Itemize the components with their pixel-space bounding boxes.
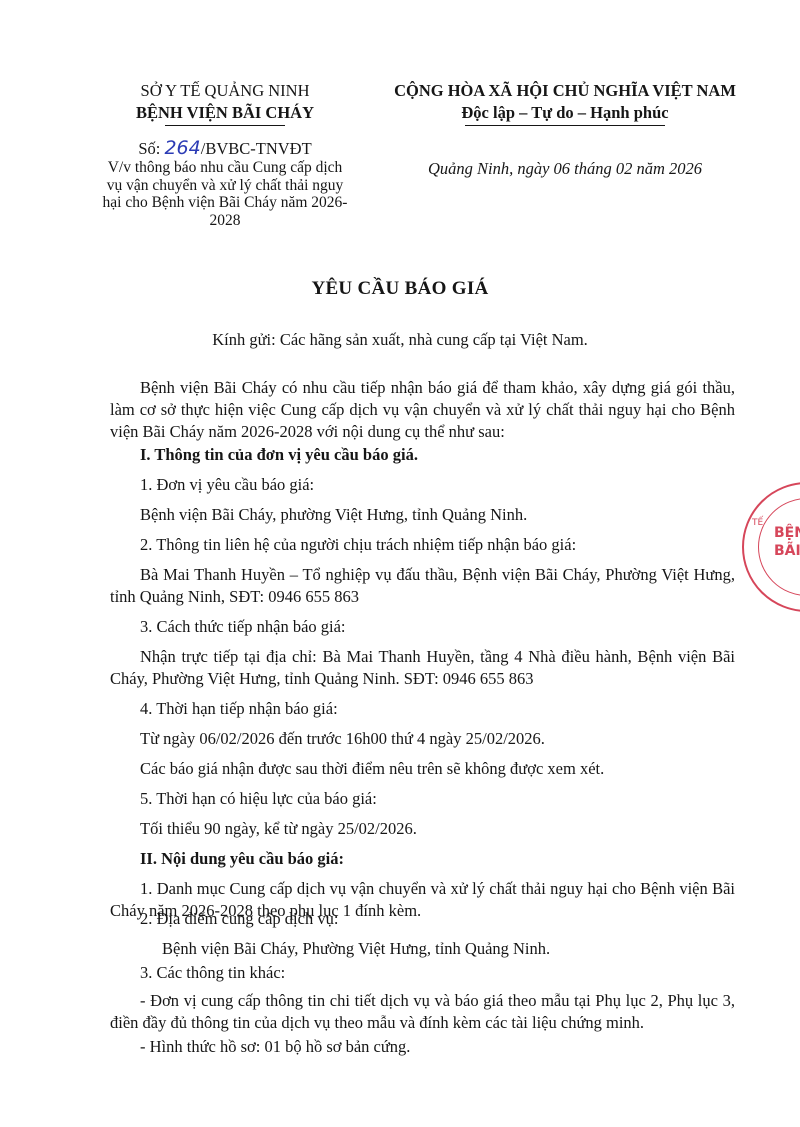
section-2-bullet-2: - Hình thức hồ sơ: 01 bộ hồ sơ bản cứng. (110, 1036, 735, 1058)
place-date: Quảng Ninh, ngày 06 tháng 02 năm 2026 (360, 159, 770, 179)
item-5-content: Tối thiểu 90 ngày, kể từ ngày 25/02/2026… (110, 818, 735, 840)
document-subject: V/v thông báo nhu cầu Cung cấp dịch vụ v… (100, 159, 350, 229)
document-number: Số: 264/BVBC-TNVĐT (100, 138, 350, 159)
item-5-label: 5. Thời hạn có hiệu lực của báo giá: (110, 788, 735, 810)
section-2-item-2-label: 2. Địa điểm cung cấp dịch vụ: (110, 908, 735, 930)
section-2-item-2-content: Bệnh viện Bãi Cháy, Phường Việt Hưng, tỉ… (110, 938, 735, 960)
hospital-name: BỆNH VIỆN BÃI CHÁY (100, 102, 350, 124)
item-2-label: 2. Thông tin liên hệ của người chịu trác… (110, 534, 735, 556)
hospital-underline (165, 125, 285, 126)
section-1-heading: I. Thông tin của đơn vị yêu cầu báo giá. (110, 444, 735, 466)
motto-underline (465, 125, 665, 126)
item-4-content: Từ ngày 06/02/2026 đến trước 16h00 thứ 4… (110, 728, 735, 750)
recipient-line: Kính gửi: Các hãng sản xuất, nhà cung cấ… (0, 330, 800, 350)
national-header: CỘNG HÒA XÃ HỘI CHỦ NGHĨA VIỆT NAM Độc l… (360, 80, 770, 179)
item-1-content: Bệnh viện Bãi Cháy, phường Việt Hưng, tỉ… (110, 504, 735, 526)
document-title: YÊU CẦU BÁO GIÁ (0, 278, 800, 300)
item-3-label: 3. Cách thức tiếp nhận báo giá: (110, 616, 735, 638)
department-name: SỞ Y TẾ QUẢNG NINH (100, 80, 350, 102)
item-2-content: Bà Mai Thanh Huyền – Tổ nghiệp vụ đấu th… (110, 564, 735, 608)
stamp-text: BỆN BÃI (774, 524, 800, 560)
section-2-heading: II. Nội dung yêu cầu báo giá: (110, 848, 735, 870)
handwritten-number: 264 (164, 137, 200, 159)
item-1-label: 1. Đơn vị yêu cầu báo giá: (110, 474, 735, 496)
intro-paragraph: Bệnh viện Bãi Cháy có nhu cầu tiếp nhận … (110, 377, 735, 443)
official-stamp: TẾ BỆN BÃI (742, 482, 800, 612)
item-4-note: Các báo giá nhận được sau thời điểm nêu … (110, 758, 735, 780)
section-2-item-3-label: 3. Các thông tin khác: (110, 962, 735, 984)
country-name: CỘNG HÒA XÃ HỘI CHỦ NGHĨA VIỆT NAM (360, 80, 770, 102)
national-motto: Độc lập – Tự do – Hạnh phúc (360, 102, 770, 124)
issuer-block: SỞ Y TẾ QUẢNG NINH BỆNH VIỆN BÃI CHÁY Số… (100, 80, 350, 229)
item-3-content: Nhận trực tiếp tại địa chỉ: Bà Mai Thanh… (110, 646, 735, 690)
section-2-bullet-1: - Đơn vị cung cấp thông tin chi tiết dịc… (110, 990, 735, 1034)
stamp-edge-text: TẾ (752, 518, 763, 528)
item-4-label: 4. Thời hạn tiếp nhận báo giá: (110, 698, 735, 720)
